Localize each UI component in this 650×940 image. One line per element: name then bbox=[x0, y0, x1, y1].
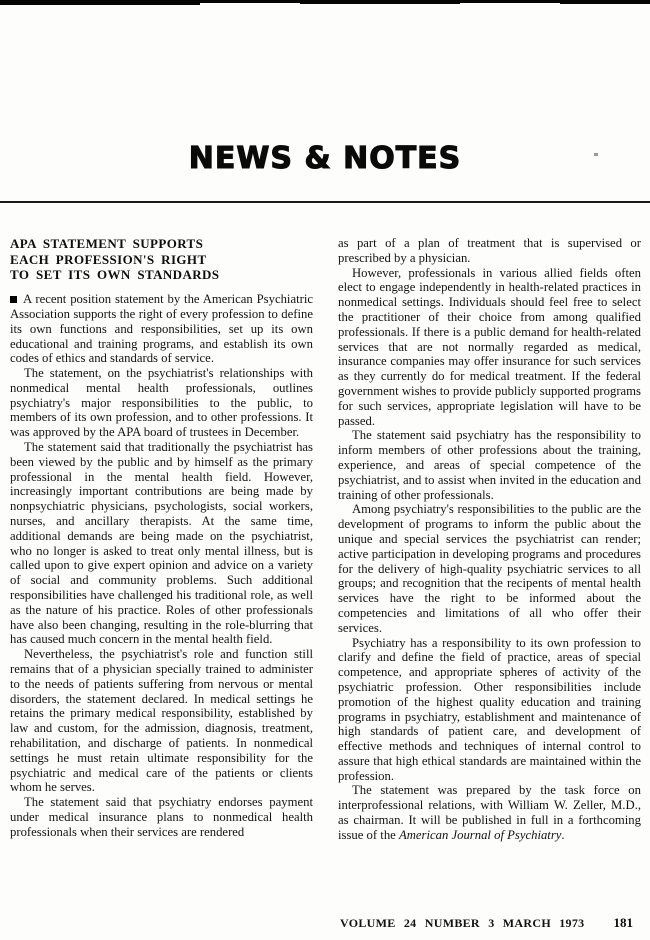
text-run: The statement said psychiatry has the re… bbox=[338, 428, 641, 501]
scan-artifact-blob bbox=[560, 0, 650, 4]
paragraph: as part of a plan of treatment that is s… bbox=[338, 236, 641, 266]
text-run: The statement said that psychiatry endor… bbox=[10, 795, 313, 839]
heading-line: EACH PROFESSION'S RIGHT bbox=[10, 252, 313, 268]
text-run: The statement, on the psychiatrist's rel… bbox=[10, 366, 313, 439]
paragraph: The statement said that psychiatry endor… bbox=[10, 795, 313, 839]
article-heading: APA STATEMENT SUPPORTS EACH PROFESSION'S… bbox=[10, 236, 313, 283]
text-run: as part of a plan of treatment that is s… bbox=[338, 236, 641, 265]
scan-artifact-blob bbox=[300, 0, 460, 4]
paragraph: The statement, on the psychiatrist's rel… bbox=[10, 366, 313, 440]
text-run: . bbox=[561, 828, 564, 842]
heading-line: APA STATEMENT SUPPORTS bbox=[10, 236, 313, 252]
paragraph: A recent position statement by the Ameri… bbox=[10, 292, 313, 366]
paragraph: The statement was prepared by the task f… bbox=[338, 783, 641, 842]
text-run: Nevertheless, the psychiatrist's role an… bbox=[10, 647, 313, 794]
journal-page: NEWS & NOTES APA STATEMENT SUPPORTS EACH… bbox=[0, 0, 650, 940]
paragraph: The statement said that traditionally th… bbox=[10, 440, 313, 647]
scan-artifact-blob bbox=[0, 0, 200, 5]
paragraph: However, professionals in various allied… bbox=[338, 266, 641, 429]
right-column-paragraphs: as part of a plan of treatment that is s… bbox=[338, 236, 641, 843]
footer-page-number: 181 bbox=[614, 915, 634, 931]
journal-title-italic: American Journal of Psychiatry bbox=[399, 828, 561, 842]
section-masthead-title: NEWS & NOTES bbox=[0, 141, 650, 176]
paragraph: Psychiatry has a responsibility to its o… bbox=[338, 636, 641, 784]
heading-line: TO SET ITS OWN STANDARDS bbox=[10, 267, 313, 283]
text-run: The statement said that traditionally th… bbox=[10, 440, 313, 646]
article-body: APA STATEMENT SUPPORTS EACH PROFESSION'S… bbox=[10, 236, 641, 843]
paragraph: Among psychiatry's responsibilities to t… bbox=[338, 502, 641, 635]
paragraph: The statement said psychiatry has the re… bbox=[338, 428, 641, 502]
text-run: However, professionals in various allied… bbox=[338, 266, 641, 428]
horizontal-rule bbox=[0, 201, 650, 203]
black-square-bullet-icon bbox=[10, 296, 17, 303]
text-run: Psychiatry has a responsibility to its o… bbox=[338, 636, 641, 783]
text-run: Among psychiatry's responsibilities to t… bbox=[338, 502, 641, 634]
paragraph: Nevertheless, the psychiatrist's role an… bbox=[10, 647, 313, 795]
footer-volume-line: VOLUME 24 NUMBER 3 MARCH 1973 bbox=[340, 916, 584, 931]
right-column: as part of a plan of treatment that is s… bbox=[338, 236, 641, 843]
left-column: APA STATEMENT SUPPORTS EACH PROFESSION'S… bbox=[10, 236, 313, 843]
text-run: A recent position statement by the Ameri… bbox=[10, 292, 313, 365]
left-column-paragraphs: A recent position statement by the Ameri… bbox=[10, 292, 313, 839]
